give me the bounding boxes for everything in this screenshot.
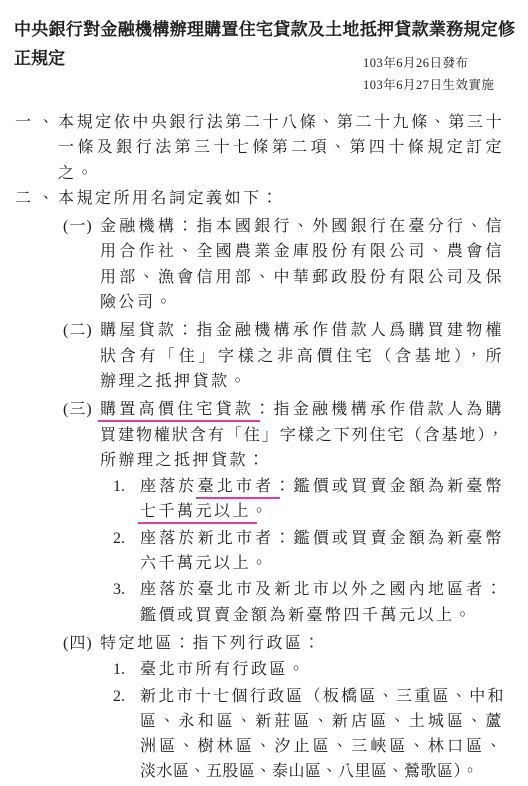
doc-line: 本規定依中央銀行法第二十八條、第二十九條、第三十	[58, 110, 504, 135]
document-page: 中央銀行對金融機構辦理購置住宅貸款及土地抵押貸款業務規定修 正規定 103年6月…	[0, 0, 528, 786]
doc-line: 買建物權狀含有「住」字樣之下列住宅（含基地），	[100, 423, 504, 448]
doc-line: 洲區、樹林區、汐止區、三峽區、林口區、	[140, 734, 504, 759]
doc-line: 險公司。	[100, 290, 504, 315]
doc-line: 所辦理之抵押貸款：	[100, 448, 504, 473]
doc-line: 座落於臺北市及新北市以外之國內地區者：	[140, 577, 504, 602]
doc-text: 。	[251, 503, 270, 520]
doc-line: 用部、漁會信用部、中華郵政股份有限公司及保	[100, 265, 504, 290]
clause-marker: 二、	[15, 186, 61, 211]
doc-line: 鑑價或買賣金額為新臺幣四千萬元以上。	[140, 603, 504, 628]
highlight-underline: 七千萬元以上	[138, 503, 257, 524]
doc-text: 座落於	[140, 478, 198, 495]
doc-line: 六千萬元以上。	[140, 551, 504, 576]
effective-date: 103年6月27日生效實施	[363, 74, 495, 96]
doc-line: 本規定所用名詞定義如下：	[58, 186, 504, 211]
subclause-3-high-value-housing-loan: (三) 購置高價住宅貸款：指金融機構承作借款人為購 買建物權狀含有「住」字樣之下…	[100, 397, 504, 473]
doc-line: 一條及銀行法第三十七條第二項、第四十條規定訂定	[58, 135, 504, 160]
list-item-marker: 1.	[113, 657, 125, 682]
list-item-marker: 1.	[113, 474, 125, 499]
doc-line: 之。	[58, 161, 504, 186]
doc-line: 臺北市所有行政區。	[140, 657, 504, 682]
doc-line: 區、永和區、新莊區、新店區、土城區、蘆	[140, 709, 504, 734]
subclause-4-specific-districts: (四) 特定地區：指下列行政區：	[100, 631, 504, 656]
clause-2: 二、 本規定所用名詞定義如下：	[58, 186, 504, 211]
subclause-marker: (四)	[63, 631, 93, 656]
list-item-marker: 2.	[113, 684, 125, 709]
list-item-newtaipei-threshold: 2. 座落於新北市者：鑑價或買賣金額為新臺幣 六千萬元以上。	[140, 526, 504, 577]
list-item-other-areas-threshold: 3. 座落於臺北市及新北市以外之國內地區者： 鑑價或買賣金額為新臺幣四千萬元以上…	[140, 577, 504, 628]
subclause-marker: (二)	[63, 318, 93, 343]
doc-line: 狀含有「住」字樣之非高價住宅（含基地），所	[100, 344, 504, 369]
doc-line: 座落於臺北市者：鑑價或買賣金額為新臺幣	[140, 474, 504, 499]
doc-line: 新北市十七個行政區（板橋區、三重區、中和	[140, 684, 504, 709]
doc-line: 用合作社、全國農業金庫股份有限公司、農會信	[100, 239, 504, 264]
clause-1: 一、 本規定依中央銀行法第二十八條、第二十九條、第三十 一條及銀行法第三十七條第…	[58, 110, 504, 186]
doc-line: 七千萬元以上。	[140, 499, 504, 524]
list-item-taipei-districts: 1. 臺北市所有行政區。	[140, 657, 504, 682]
document-body: 一、 本規定依中央銀行法第二十八條、第二十九條、第三十 一條及銀行法第三十七條第…	[0, 110, 528, 785]
subclause-2-home-purchase-loan: (二) 購屋貸款：指金融機構承作借款人爲購買建物權 狀含有「住」字樣之非高價住宅…	[100, 318, 504, 394]
doc-line: 辦理之抵押貸款。	[100, 369, 504, 394]
doc-line: 特定地區：指下列行政區：	[100, 631, 504, 656]
list-item-marker: 3.	[113, 577, 125, 602]
clause-marker: 一、	[15, 110, 61, 135]
publication-dates: 103年6月26日發布 103年6月27日生效實施	[363, 52, 495, 96]
list-item-newtaipei-districts: 2. 新北市十七個行政區（板橋區、三重區、中和 區、永和區、新莊區、新店區、土城…	[140, 684, 504, 785]
doc-line: 購置高價住宅貸款：指金融機構承作借款人為購	[100, 397, 504, 422]
doc-text: ：鑑價或買賣金額為新臺幣	[274, 478, 504, 495]
doc-text: ：指金融機構承作借款人為購	[254, 401, 504, 418]
highlight-underline: 購置高價住宅貸款	[98, 401, 260, 422]
list-item-marker: 2.	[113, 526, 125, 551]
doc-line: 購屋貸款：指金融機構承作借款人爲購買建物權	[100, 318, 504, 343]
published-date: 103年6月26日發布	[363, 52, 495, 74]
doc-line: 淡水區、五股區、泰山區、八里區、鶯歌區）。	[140, 759, 504, 784]
doc-line: 金融機構：指本國銀行、外國銀行在臺分行、信	[100, 214, 504, 239]
highlight-underline: 臺北市者	[196, 478, 281, 499]
doc-line: 座落於新北市者：鑑價或買賣金額為新臺幣	[140, 526, 504, 551]
list-item-taipei-threshold: 1. 座落於臺北市者：鑑價或買賣金額為新臺幣 七千萬元以上。	[140, 474, 504, 525]
subclause-1-financial-institutions: (一) 金融機構：指本國銀行、外國銀行在臺分行、信 用合作社、全國農業金庫股份有…	[100, 214, 504, 315]
subclause-marker: (一)	[63, 214, 93, 239]
title-line: 中央銀行對金融機構辦理購置住宅貸款及土地抵押貸款業務規定修	[14, 15, 515, 44]
subclause-marker: (三)	[63, 397, 93, 422]
